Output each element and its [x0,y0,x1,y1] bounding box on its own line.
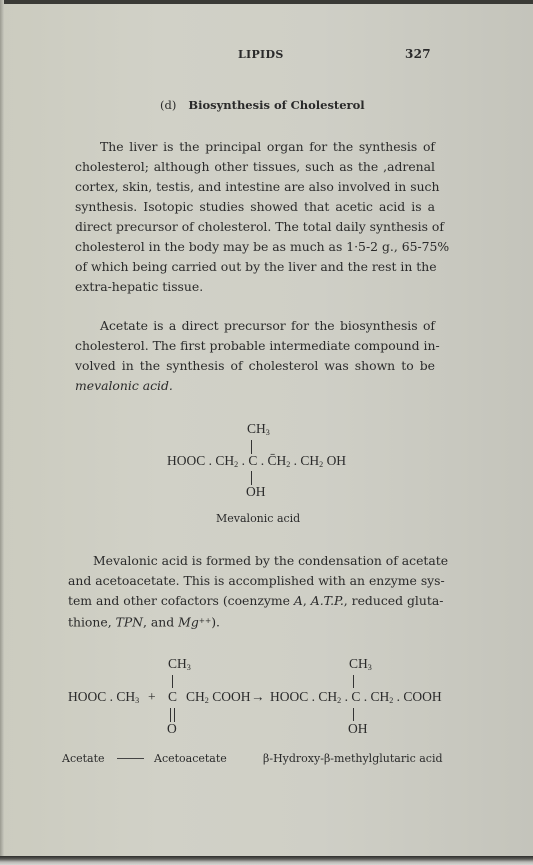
product-bottom-group: OH [348,721,368,737]
paragraph-3: Mevalonic acid is formed by the condensa… [68,551,395,631]
text-line: thione, TPN, and Mg++). [68,611,395,631]
reactant-center-carbon: C [168,689,177,705]
reactant-acetate: HOOC . CH3 [68,689,139,705]
text-line: tem and other cofactors (coenzyme A, A.T… [68,591,395,611]
text-line: and acetoacetate. This is accomplished w… [68,571,395,591]
reactant-oxygen: O [167,721,177,737]
label-connector-line [117,758,144,759]
text-line: cholesterol in the body may be as much a… [75,237,435,257]
bond-line [251,440,252,454]
section-title: Biosynthesis of Cholesterol [188,98,364,112]
text-line: extra-hepatic tissue. [75,277,435,297]
bond-line [251,471,252,485]
bond-line [353,708,354,721]
text-line: cortex, skin, testis, and intestine are … [75,177,435,197]
paragraph-2: Acetate is a direct precursor for the bi… [75,316,435,396]
text-line: The liver is the principal organ for the… [75,137,435,157]
plus-sign: + [148,689,156,705]
formula-bottom-group: OH [246,484,266,500]
page-left-shadow [0,0,4,856]
formula-caption: Mevalonic acid [216,512,300,525]
formula-top-group: CH3 [247,421,270,437]
section-label: (d) [160,98,176,112]
text-line: direct precursor of cholesterol. The tot… [75,217,435,237]
text-line: synthesis. Isotopic studies showed that … [75,197,435,217]
double-bond [170,708,175,722]
formula-main-chain: HOOC . CH2 . C . C̄H2 . CH2 OH [167,453,346,469]
page-number: 327 [405,47,431,61]
text-line: volved in the synthesis of cholesterol w… [75,356,435,376]
paragraph-1: The liver is the principal organ for the… [75,137,435,297]
text-line: Acetate is a direct precursor for the bi… [75,316,435,336]
page-top-edge [0,0,533,4]
bond-line [172,675,173,688]
text-line-italic: mevalonic acid. [75,376,435,396]
text-line: of which being carried out by the liver … [75,257,435,277]
label-acetoacetate: Acetoacetate [154,752,227,765]
label-acetate: Acetate [62,752,105,765]
label-product: β-Hydroxy-β-methylglutaric acid [263,752,443,765]
text-line: Mevalonic acid is formed by the condensa… [68,551,395,571]
reaction-arrow: → [251,689,265,705]
page-bottom-edge [0,856,533,865]
reactant-acetoacetate-rest: CH2 COOH [186,689,250,705]
section-heading: (d) Biosynthesis of Cholesterol [160,98,365,112]
text-line: cholesterol. The first probable intermed… [75,336,435,356]
product-top-group: CH3 [349,656,372,672]
reactant-top-group: CH3 [168,656,191,672]
text-line: cholesterol; although other tissues, suc… [75,157,435,177]
running-title: LIPIDS [238,48,284,61]
bond-line [353,675,354,688]
product-main-chain: HOOC . CH2 . C . CH2 . COOH [270,689,442,705]
